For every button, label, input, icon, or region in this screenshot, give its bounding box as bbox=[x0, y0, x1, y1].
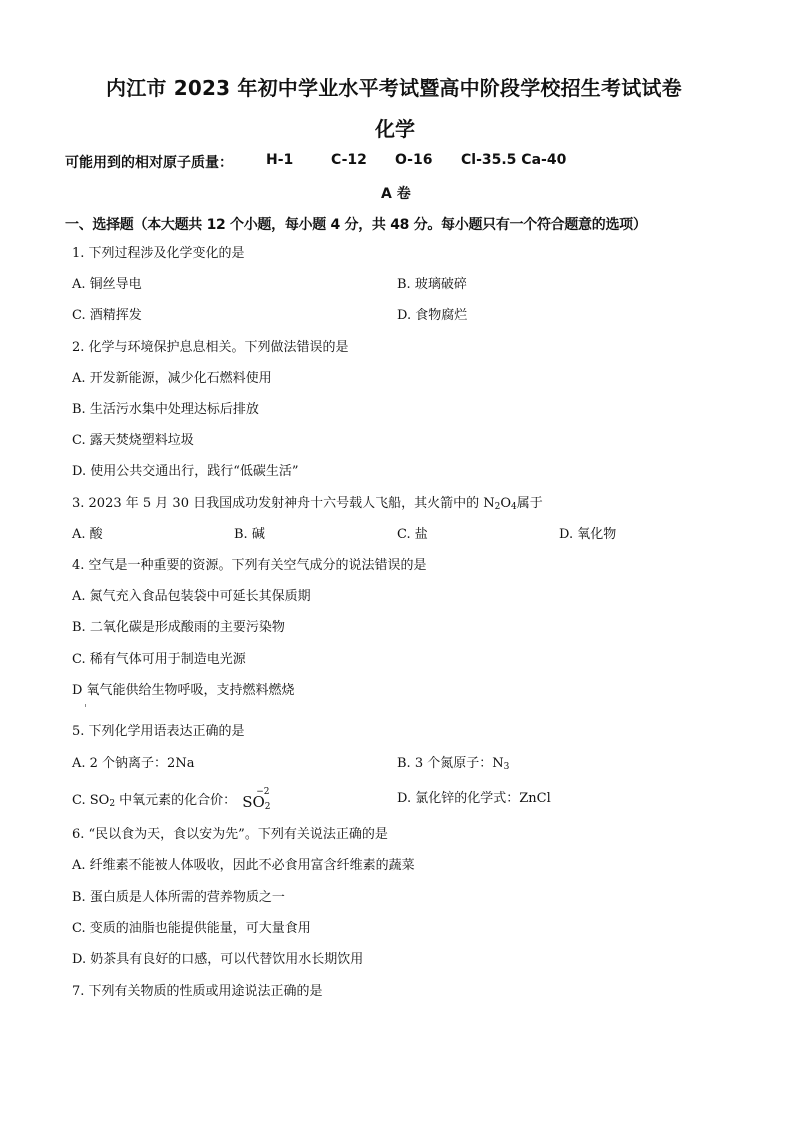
question-6-option-c: C. 变质的油脂也能提供能量，可大量食用 bbox=[72, 921, 311, 937]
question-3-stem: 3. 2023 年 5 月 30 日我国成功发射神舟十六号载人飞船，其火箭中的 … bbox=[72, 496, 543, 515]
question-2-option-b: B. 生活污水集中处理达标后排放 bbox=[72, 402, 259, 418]
question-3-stem-prefix: 3. 2023 年 5 月 30 日我国成功发射神舟十六号载人飞船，其火箭中的 … bbox=[72, 496, 495, 511]
question-6-stem: 6. “民以食为天，食以安为先”。下列有关说法正确的是 bbox=[72, 827, 388, 843]
valence-formula: −2SO2 bbox=[242, 794, 270, 815]
question-1-option-c: C. 酒精挥发 bbox=[72, 308, 142, 324]
atomic-mass-c: C-12 bbox=[331, 152, 367, 168]
question-4-option-a: A. 氮气充入食品包装袋中可延长其保质期 bbox=[72, 589, 311, 605]
atomic-mass-cl-ca: Cl-35.5 Ca-40 bbox=[461, 152, 566, 168]
question-5-option-c: C. SO2 中氧元素的化合价：−2SO2 bbox=[72, 791, 271, 812]
question-2-option-a: A. 开发新能源，减少化石燃料使用 bbox=[72, 371, 272, 387]
question-3-option-d: D. 氧化物 bbox=[559, 527, 616, 543]
atomic-mass-o: O-16 bbox=[395, 152, 432, 168]
subject-title: 化学 bbox=[375, 113, 415, 142]
atomic-mass-label: 可能用到的相对原子质量： bbox=[65, 152, 233, 172]
question-2-option-c: C. 露天焚烧塑料垃圾 bbox=[72, 433, 194, 449]
question-6-option-a: A. 纤维素不能被人体吸收，因此不必食用富含纤维素的蔬菜 bbox=[72, 858, 415, 874]
question-4-option-d: D 氧气能供给生物呼吸，支持燃料燃烧 bbox=[72, 683, 295, 699]
question-3-stem-suffix: 属于 bbox=[517, 496, 543, 511]
question-3-option-c: C. 盐 bbox=[397, 527, 428, 543]
question-5-option-b-text: B. 3 个氮原子：N bbox=[397, 756, 504, 771]
question-5-option-c-text: 中氧元素的化合价： bbox=[115, 793, 236, 808]
question-5-option-d: D. 氯化锌的化学式：ZnCl bbox=[397, 791, 551, 807]
valence-formula-sub: 2 bbox=[265, 802, 271, 812]
volume-label: A 卷 bbox=[381, 183, 411, 203]
question-3-option-a: A. 酸 bbox=[72, 527, 103, 543]
question-5-option-b-sub: 3 bbox=[504, 762, 510, 772]
question-5-option-a: A. 2 个钠离子：2Na bbox=[72, 756, 194, 772]
question-4-stem: 4. 空气是一种重要的资源。下列有关空气成分的说法错误的是 bbox=[72, 558, 427, 574]
question-1-option-a: A. 铜丝导电 bbox=[72, 277, 142, 293]
valence-mark: −2 bbox=[256, 784, 269, 800]
question-4-option-c: C. 稀有气体可用于制造电光源 bbox=[72, 652, 246, 668]
question-7-stem: 7. 下列有关物质的性质或用途说法正确的是 bbox=[72, 984, 323, 1000]
question-4-option-b: B. 二氧化碳是形成酸雨的主要污染物 bbox=[72, 620, 285, 636]
question-6-option-b: B. 蛋白质是人体所需的营养物质之一 bbox=[72, 890, 285, 906]
atomic-mass-h: H-1 bbox=[266, 152, 293, 168]
stray-mark bbox=[85, 704, 86, 707]
question-3-stem-o: O bbox=[500, 496, 511, 511]
question-2-stem: 2. 化学与环境保护息息相关。下列做法错误的是 bbox=[72, 340, 349, 356]
question-6-option-d: D. 奶茶具有良好的口感，可以代替饮用水长期饮用 bbox=[72, 952, 363, 968]
section-heading: 一、选择题（本大题共 12 个小题，每小题 4 分，共 48 分。每小题只有一个… bbox=[65, 214, 647, 234]
exam-title: 内江市 2023 年初中学业水平考试暨高中阶段学校招生考试试卷 bbox=[106, 72, 682, 101]
question-3-option-b: B. 碱 bbox=[234, 527, 265, 543]
question-1-stem: 1. 下列过程涉及化学变化的是 bbox=[72, 246, 245, 262]
question-1-option-b: B. 玻璃破碎 bbox=[397, 277, 467, 293]
question-2-option-d: D. 使用公共交通出行，践行“低碳生活” bbox=[72, 464, 299, 480]
question-1-option-d: D. 食物腐烂 bbox=[397, 308, 467, 324]
question-5-option-c-prefix: C. SO bbox=[72, 793, 109, 808]
question-5-option-b: B. 3 个氮原子：N3 bbox=[397, 756, 509, 775]
question-5-stem: 5. 下列化学用语表达正确的是 bbox=[72, 724, 245, 740]
